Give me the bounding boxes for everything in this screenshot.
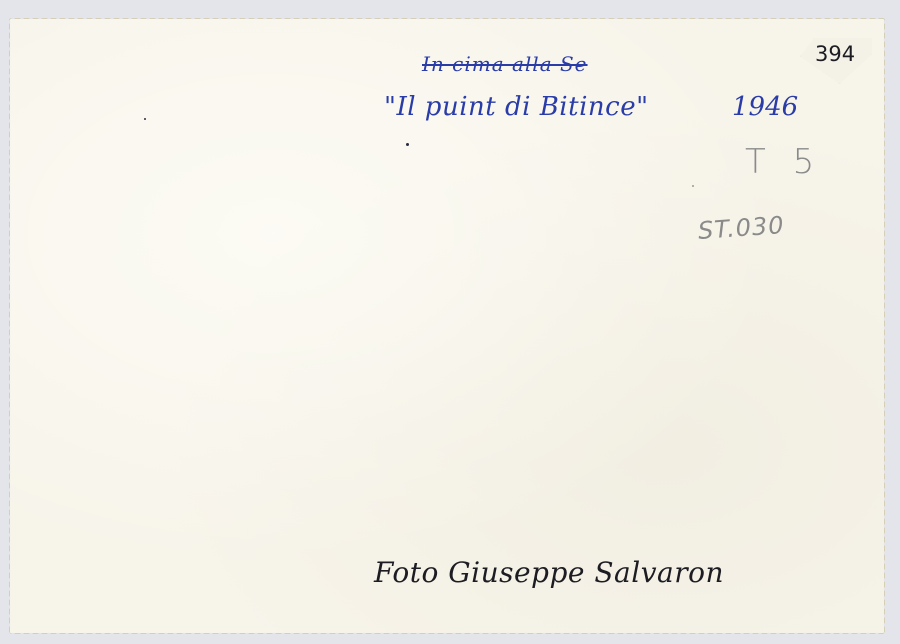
pencil-code-t5: T 5 [745, 142, 822, 182]
struck-out-title: In cima alla Se [422, 52, 588, 76]
catalog-number: 394 [815, 42, 855, 66]
pencil-speck [692, 185, 694, 187]
ink-speck [406, 143, 409, 146]
scan-background: In cima alla Se "Il puint di Bitince" 19… [0, 0, 900, 644]
pencil-code-st: ST.030 [697, 211, 785, 245]
photo-year: 1946 [732, 92, 798, 122]
photographer-signature: Foto Giuseppe Salvaron [374, 556, 724, 589]
photo-title: "Il puint di Bitince" [384, 92, 649, 122]
ink-speck [144, 118, 146, 120]
